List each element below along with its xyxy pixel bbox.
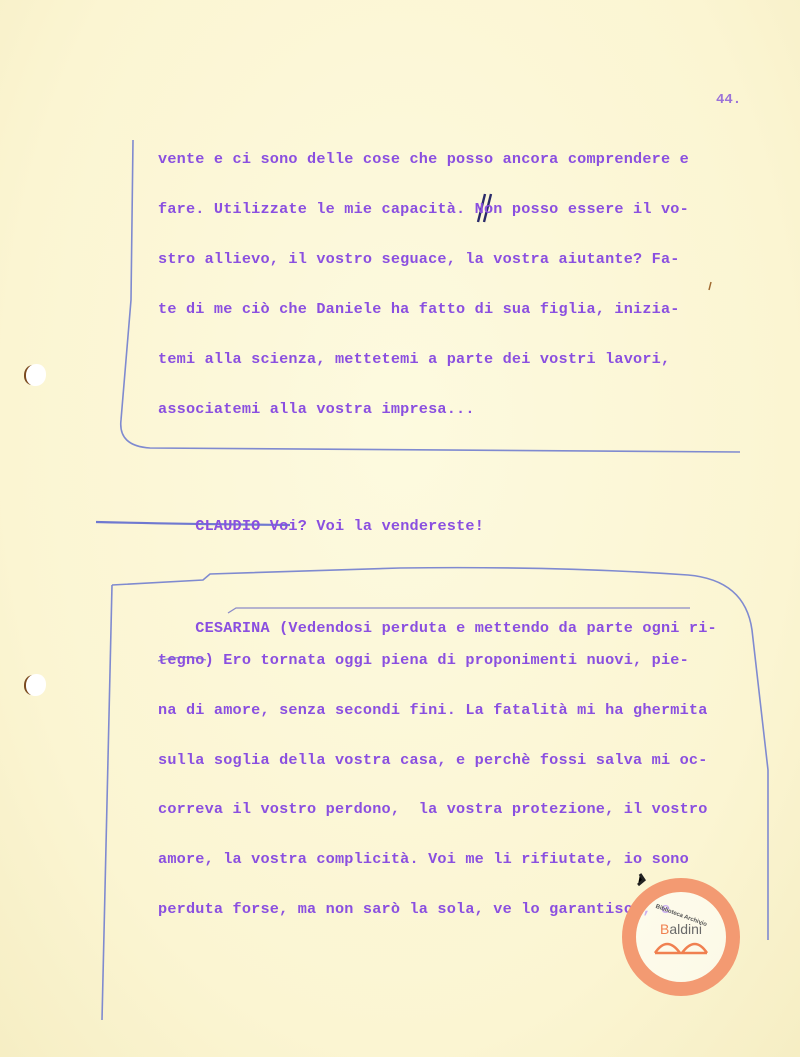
page-number: 44. [716, 92, 741, 108]
text-line: fare. Utilizzate le mie capacità. Non po… [158, 200, 689, 218]
text-line: tegno) Ero tornata oggi piena di proponi… [158, 651, 689, 669]
speaker-name: CESARINA [195, 619, 270, 637]
text-line: associatemi alla vostra impresa... [158, 400, 475, 418]
text-line: correva il vostro perdono, la vostra pro… [158, 800, 708, 818]
speaker-name: CLAUDIO [195, 517, 260, 535]
punch-hole-icon [26, 364, 46, 386]
dialogue-line-claudio: CLAUDIO Voi? Voi la vendereste! [158, 499, 484, 553]
text-line: amore, la vostra complicità. Voi me li r… [158, 850, 689, 868]
dialogue-text: Voi? Voi la vendereste! [270, 517, 484, 535]
text-line: vente e ci sono delle cose che posso anc… [158, 150, 689, 168]
baldini-watermark: Biblioteca Archivio Baldini [622, 878, 740, 996]
text-line: sulla soglia della vostra casa, e perchè… [158, 751, 708, 769]
document-page: 44. vente e ci sono delle cose che posso… [0, 0, 800, 1057]
stage-direction: (Vedendosi perduta e mettendo da parte o… [279, 619, 717, 637]
punch-hole-icon [26, 674, 46, 696]
text-line: te di me ciò che Daniele ha fatto di sua… [158, 300, 680, 318]
book-arch-icon [653, 937, 709, 955]
dialogue-line-cesarina: CESARINA (Vedendosi perduta e mettendo d… [158, 601, 717, 655]
text-line: stro allievo, il vostro seguace, la vost… [158, 250, 680, 268]
text-line: perduta forse, ma non sarò la sola, ve l… [158, 900, 670, 918]
text-line: na di amore, senza secondi fini. La fata… [158, 701, 708, 719]
text-line: temi alla scienza, mettetemi a parte dei… [158, 350, 670, 368]
